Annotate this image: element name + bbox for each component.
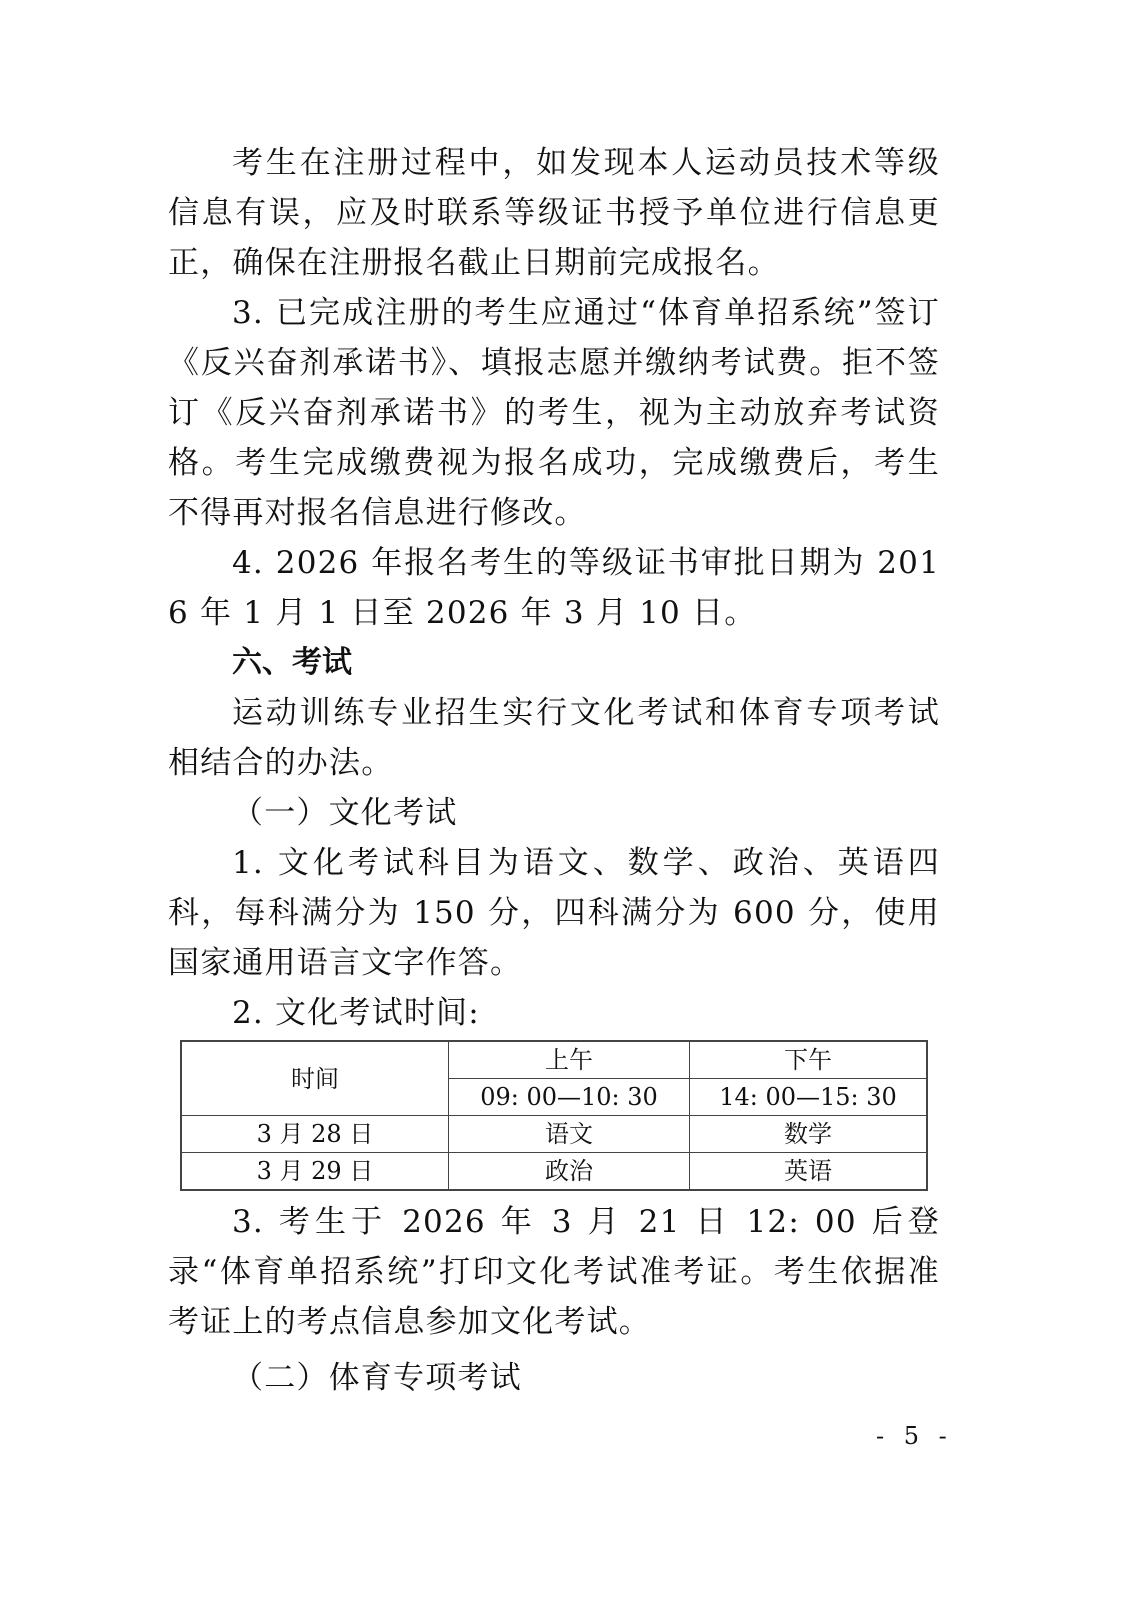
- table-header-time: 时间: [181, 1041, 449, 1116]
- table-cell-date: 3 月 28 日: [181, 1116, 449, 1153]
- subsection-heading-sports-exam: （二）体育专项考试: [168, 1353, 940, 1403]
- table-row: 3 月 29 日 政治 英语: [181, 1153, 927, 1191]
- table-cell-afternoon-subject: 英语: [690, 1153, 928, 1191]
- table-header-row: 时间 上午 下午: [181, 1041, 927, 1079]
- paragraph-item-3-sign-pledge: 3. 已完成注册的考生应通过“体育单招系统”签订《反兴奋剂承诺书》、填报志愿并缴…: [168, 288, 940, 538]
- paragraph-registration-correction: 考生在注册过程中，如发现本人运动员技术等级信息有误，应及时联系等级证书授予单位进…: [168, 138, 940, 288]
- table-row: 3 月 28 日 语文 数学: [181, 1116, 927, 1153]
- table-afternoon-time: 14: 00—15: 30: [690, 1079, 928, 1116]
- page-number: - 5 -: [876, 1422, 953, 1450]
- table-cell-date: 3 月 29 日: [181, 1153, 449, 1191]
- document-page: 考生在注册过程中，如发现本人运动员技术等级信息有误，应及时联系等级证书授予单位进…: [168, 138, 940, 1403]
- table-cell-morning-subject: 政治: [449, 1153, 690, 1191]
- table-morning-time: 09: 00—10: 30: [449, 1079, 690, 1116]
- exam-schedule-table: 时间 上午 下午 09: 00—10: 30 14: 00—15: 30 3 月…: [180, 1040, 928, 1191]
- paragraph-culture-exam-subjects: 1. 文化考试科目为语文、数学、政治、英语四科，每科满分为 150 分，四科满分…: [168, 838, 940, 988]
- subsection-heading-culture-exam: （一）文化考试: [168, 788, 940, 838]
- table-cell-afternoon-subject: 数学: [690, 1116, 928, 1153]
- paragraph-culture-exam-time-label: 2. 文化考试时间:: [168, 988, 940, 1038]
- paragraph-item-4-certificate-dates: 4. 2026 年报名考生的等级证书审批日期为 2016 年 1 月 1 日至 …: [168, 538, 940, 638]
- table-cell-morning-subject: 语文: [449, 1116, 690, 1153]
- paragraph-admission-ticket: 3. 考生于 2026 年 3 月 21 日 12: 00 后登录“体育单招系统…: [168, 1197, 940, 1347]
- section-heading-exam: 六、考试: [168, 638, 940, 688]
- table-header-afternoon: 下午: [690, 1041, 928, 1079]
- section-intro: 运动训练专业招生实行文化考试和体育专项考试相结合的办法。: [168, 688, 940, 788]
- table-header-morning: 上午: [449, 1041, 690, 1079]
